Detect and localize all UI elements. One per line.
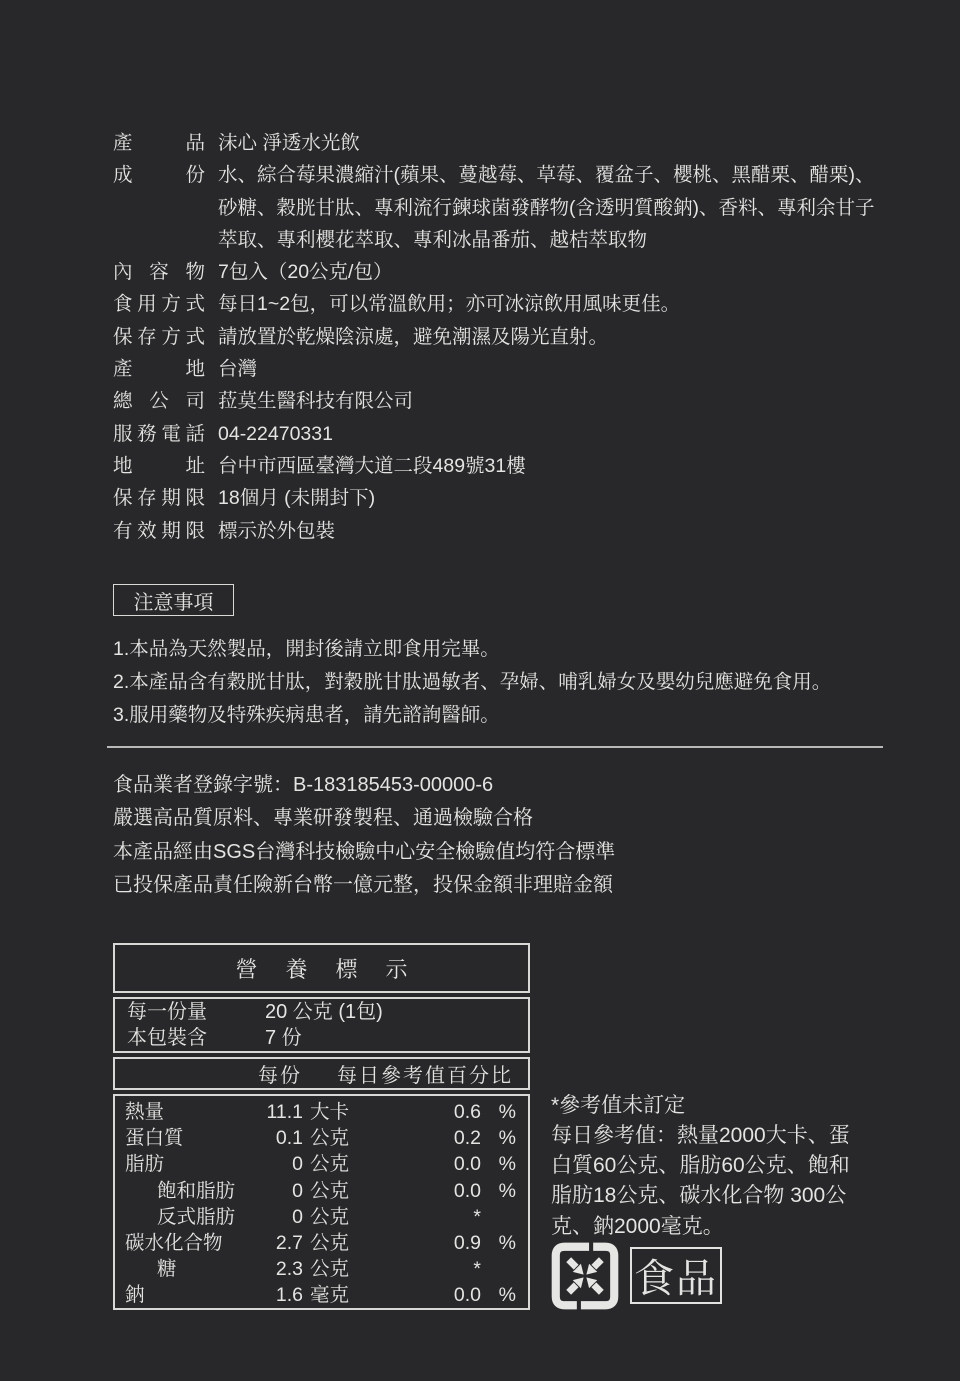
nutrition-row: 熱量 11.1 大卡 0.6 % (125, 1099, 516, 1125)
nutrient-unit: 公克 (303, 1230, 369, 1256)
nutrition-title: 營養標示 (235, 953, 435, 984)
notice-list: 1.本品為天然製品，開封後請立即食用完畢。 2.本產品含有穀胱甘肽，對穀胱甘肽過… (113, 633, 908, 732)
nutrient-unit: 公克 (303, 1178, 369, 1204)
cert-line: 本產品經由SGS台灣科技檢驗中心安全檢驗值均符合標準 (113, 836, 615, 869)
nutrition-row: 蛋白質 0.1 公克 0.2 % (125, 1125, 516, 1151)
info-row-origin: 產地 台灣 (113, 353, 889, 385)
serving-row: 本包裝含 7 份 (127, 1025, 528, 1051)
info-value: 每日1~2包，可以常溫飲用；亦可冰涼飲用風味更佳。 (218, 288, 889, 320)
info-row-usage: 食用方式 每日1~2包，可以常溫飲用；亦可冰涼飲用風味更佳。 (113, 288, 889, 320)
serving-row: 每一份量 20 公克 (1包) (127, 999, 528, 1025)
info-row-shelf-life: 保存期限 18個月 (未開封下) (113, 482, 889, 514)
nutrient-amount: 2.3 (245, 1256, 303, 1282)
nutrient-unit: 大卡 (303, 1099, 369, 1125)
info-label: 產地 (113, 353, 205, 385)
nutrition-row: 脂肪 0 公克 0.0 % (125, 1151, 516, 1177)
info-value: 沫心 淨透水光飲 (218, 127, 889, 159)
cert-registration-number: 食品業者登錄字號：B-183185453-00000-6 (113, 769, 615, 802)
nutrient-unit: 公克 (303, 1256, 369, 1282)
serving-label: 每一份量 (127, 999, 265, 1025)
nutrient-dv: 0.0 (369, 1151, 481, 1177)
nutrient-amount: 1.6 (245, 1282, 303, 1308)
info-row-ingredients: 成份 水、綜合莓果濃縮汁(蘋果、蔓越莓、草莓、覆盆子、櫻桃、黑醋栗、醋栗)、砂糖… (113, 159, 889, 256)
info-label: 總公司 (113, 385, 205, 417)
nutrient-dv-unit: % (481, 1151, 516, 1177)
info-value: 菈莫生醫科技有限公司 (218, 385, 889, 417)
info-value: 7包入（20公克/包） (218, 256, 889, 288)
nutrient-amount: 0 (245, 1204, 303, 1230)
nutrient-dv: 0.9 (369, 1230, 481, 1256)
notice-item: 3.服用藥物及特殊疾病患者，請先諮詢醫師。 (113, 699, 908, 732)
nutrient-amount: 2.7 (245, 1230, 303, 1256)
nutrient-amount: 0 (245, 1151, 303, 1177)
nutrition-row: 鈉 1.6 毫克 0.0 % (125, 1282, 516, 1308)
food-mark-label: 食品 (634, 1247, 718, 1304)
nutrient-label: 脂肪 (125, 1151, 245, 1177)
nutrient-label: 糖 (125, 1256, 245, 1282)
info-row-expiry: 有效期限 標示於外包裝 (113, 515, 889, 547)
cert-line: 已投保產品責任險新台幣一億元整，投保金額非理賠金額 (113, 869, 615, 902)
column-header-daily-value: 每日參考值百分比 (337, 1059, 513, 1088)
nutrient-unit: 毫克 (303, 1282, 369, 1308)
nutrient-dv-unit: % (481, 1099, 516, 1125)
product-label-page: 產品 沫心 淨透水光飲 成份 水、綜合莓果濃縮汁(蘋果、蔓越莓、草莓、覆盆子、櫻… (0, 0, 960, 1381)
info-row-storage: 保存方式 請放置於乾燥陰涼處，避免潮濕及陽光直射。 (113, 321, 889, 353)
nutrient-label: 碳水化合物 (125, 1230, 245, 1256)
product-info-section: 產品 沫心 淨透水光飲 成份 水、綜合莓果濃縮汁(蘋果、蔓越莓、草莓、覆盆子、櫻… (113, 127, 889, 547)
info-label: 產品 (113, 127, 205, 159)
info-value: 18個月 (未開封下) (218, 482, 889, 514)
nutrient-unit: 公克 (303, 1151, 369, 1177)
cert-line: 嚴選高品質原料、專業研發製程、通過檢驗合格 (113, 802, 615, 835)
info-value: 台中市西區臺灣大道二段489號31樓 (218, 450, 889, 482)
info-label: 成份 (113, 159, 205, 256)
nutrient-label: 鈉 (125, 1282, 245, 1308)
nutrient-dv-unit: % (481, 1282, 516, 1308)
nutrient-dv: * (369, 1256, 481, 1282)
nutrient-dv-unit (481, 1204, 516, 1230)
recycling-icon (551, 1241, 619, 1311)
notice-title: 注意事項 (134, 586, 214, 615)
info-value: 請放置於乾燥陰涼處，避免潮濕及陽光直射。 (218, 321, 889, 353)
nutrient-dv: 0.6 (369, 1099, 481, 1125)
column-header-per-serving: 每份 (258, 1059, 302, 1088)
notice-title-box: 注意事項 (113, 584, 234, 616)
info-label: 有效期限 (113, 515, 205, 547)
nutrient-dv: 0.2 (369, 1125, 481, 1151)
nutrient-label: 飽和脂肪 (125, 1178, 245, 1204)
nutrient-unit: 公克 (303, 1125, 369, 1151)
info-row-product: 產品 沫心 淨透水光飲 (113, 127, 889, 159)
info-value: 標示於外包裝 (218, 515, 889, 547)
reference-daily-values: 每日參考值：熱量2000大卡、蛋白質60公克、脂肪60公克、飽和脂肪18公克、碳… (551, 1121, 863, 1242)
info-row-contents: 內容物 7包入（20公克/包） (113, 256, 889, 288)
nutrient-label: 蛋白質 (125, 1125, 245, 1151)
nutrient-label: 熱量 (125, 1099, 245, 1125)
nutrition-row: 反式脂肪 0 公克 * (125, 1204, 516, 1230)
info-value: 04-22470331 (218, 418, 889, 450)
serving-value: 20 公克 (1包) (265, 999, 383, 1025)
notice-item: 2.本產品含有穀胱甘肽，對穀胱甘肽過敏者、孕婦、哺乳婦女及嬰幼兒應避免食用。 (113, 666, 908, 699)
nutrient-label: 反式脂肪 (125, 1204, 245, 1230)
nutrition-row: 碳水化合物 2.7 公克 0.9 % (125, 1230, 516, 1256)
nutrient-dv: * (369, 1204, 481, 1230)
info-label: 地址 (113, 450, 205, 482)
nutrition-row: 糖 2.3 公克 * (125, 1256, 516, 1282)
serving-value: 7 份 (265, 1025, 302, 1051)
info-label: 保存方式 (113, 321, 205, 353)
reference-note: *參考值未訂定 (551, 1091, 863, 1121)
info-row-address: 地址 台中市西區臺灣大道二段489號31樓 (113, 450, 889, 482)
nutrient-dv-unit: % (481, 1178, 516, 1204)
serving-label: 本包裝含 (127, 1025, 265, 1051)
nutrient-unit: 公克 (303, 1204, 369, 1230)
nutrition-column-headers: 每份 每日參考值百分比 (113, 1057, 530, 1090)
reference-notes: *參考值未訂定 每日參考值：熱量2000大卡、蛋白質60公克、脂肪60公克、飽和… (551, 1091, 863, 1242)
nutrient-amount: 0 (245, 1178, 303, 1204)
food-mark-box: 食品 (630, 1247, 722, 1304)
section-divider (107, 746, 883, 748)
info-row-phone: 服務電話 04-22470331 (113, 418, 889, 450)
info-label: 保存期限 (113, 482, 205, 514)
nutrient-amount: 11.1 (245, 1099, 303, 1125)
nutrient-dv-unit: % (481, 1230, 516, 1256)
nutrition-row: 飽和脂肪 0 公克 0.0 % (125, 1178, 516, 1204)
info-row-company: 總公司 菈莫生醫科技有限公司 (113, 385, 889, 417)
nutrition-data-box: 熱量 11.1 大卡 0.6 % 蛋白質 0.1 公克 0.2 % 脂肪 0 公… (113, 1094, 530, 1310)
nutrition-title-box: 營養標示 (113, 943, 530, 993)
info-label: 服務電話 (113, 418, 205, 450)
notice-item: 1.本品為天然製品，開封後請立即食用完畢。 (113, 633, 908, 666)
info-value: 水、綜合莓果濃縮汁(蘋果、蔓越莓、草莓、覆盆子、櫻桃、黑醋栗、醋栗)、砂糖、穀胱… (218, 159, 889, 256)
nutrition-table: 營養標示 每一份量 20 公克 (1包) 本包裝含 7 份 每份 每日參考值百分… (113, 943, 530, 1314)
info-label: 內容物 (113, 256, 205, 288)
nutrient-dv-unit: % (481, 1125, 516, 1151)
nutrient-dv-unit (481, 1256, 516, 1282)
info-value: 台灣 (218, 353, 889, 385)
marks-section: 食品 (551, 1241, 722, 1311)
nutrition-serving-box: 每一份量 20 公克 (1包) 本包裝含 7 份 (113, 997, 530, 1053)
nutrient-dv: 0.0 (369, 1178, 481, 1204)
info-label: 食用方式 (113, 288, 205, 320)
nutrient-amount: 0.1 (245, 1125, 303, 1151)
certification-section: 食品業者登錄字號：B-183185453-00000-6 嚴選高品質原料、專業研… (113, 769, 615, 903)
nutrient-dv: 0.0 (369, 1282, 481, 1308)
